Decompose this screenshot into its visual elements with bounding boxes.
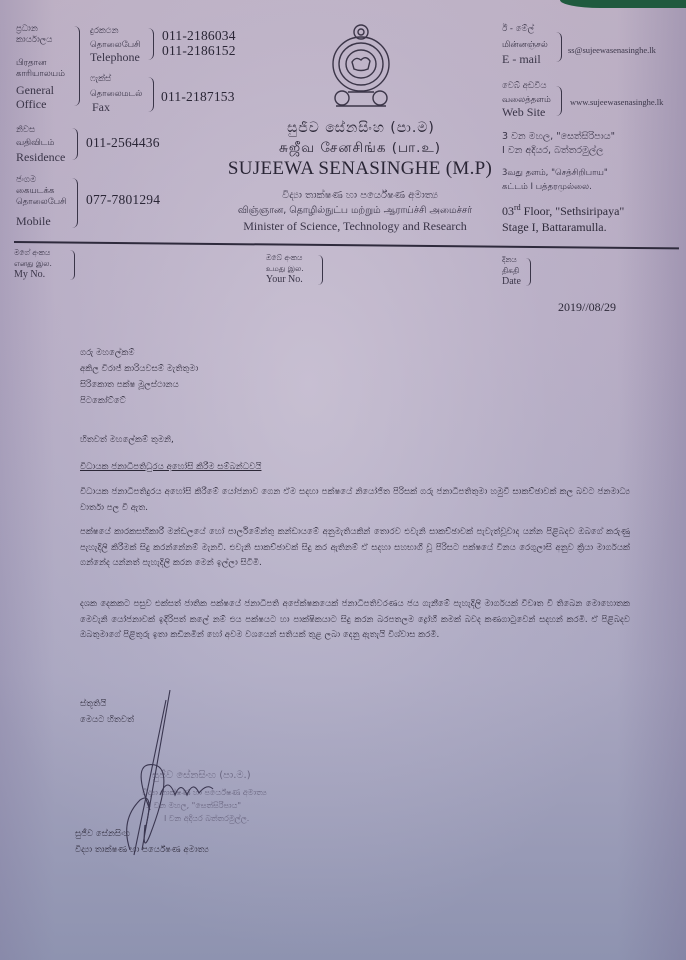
floor-suffix: rd [514, 203, 521, 212]
mobile-label-si: ජංගම [16, 175, 36, 186]
date-label-ta: திகதி [502, 266, 519, 276]
email-link[interactable]: ss@sujeewasenasinghe.lk [568, 45, 656, 55]
email-label-en: E - mail [502, 52, 541, 66]
your-no-label-si: ඔබේ අංකය [266, 253, 302, 263]
email-label-ta: மின்னஞ்சல் [502, 40, 548, 51]
title-si: විද්‍යා තාක්ෂණ හා පර්යේෂණ අමාත්‍ය [220, 190, 500, 201]
office-label-en: General Office [16, 83, 76, 111]
brace [526, 258, 531, 286]
telephone-label-si: දුරකථන [90, 26, 118, 37]
subject-line: විධායක ජනාධිපතිධුරය අහෝසි කිරීම සම්බන්ධව… [80, 460, 261, 476]
name-ta: சுஜீவ சேனசிங்க (பா.உ) [250, 140, 470, 158]
title-ta: விஞ்ஞான, தொழில்நுட்ப மற்றும் ஆராய்ச்சி அ… [205, 205, 505, 217]
paragraph-1: විධායක ජනාධිපතිදුරය අහෝසි කිරීමේ යෝජනාව … [80, 485, 630, 516]
sri-lanka-emblem-icon [318, 18, 404, 110]
telephone-number-1: 011-2186034 [162, 28, 236, 44]
date-label-si: දිනය [502, 255, 517, 265]
fax-number: 011-2187153 [161, 89, 235, 105]
my-no-label-si: මගේ අංකය [14, 248, 50, 258]
recipient-line-3: සිරිකොත පක්ෂ මූලස්ථානය [80, 378, 179, 394]
address-si-1: 3 වන මහල, "සෙත්සිරිපාය" [502, 131, 615, 142]
your-no-label-en: Your No. [266, 274, 303, 286]
brace [318, 255, 323, 285]
brace [556, 32, 562, 62]
residence-label-ta: வதிவிடம் [16, 138, 54, 149]
my-no-label-ta: எனது இல. [14, 259, 52, 269]
office-label-ta: பிரதான காரியாலயம் [16, 58, 76, 80]
floor-number: 03 [502, 204, 514, 218]
residence-label-en: Residence [16, 150, 65, 164]
title-en: Minister of Science, Technology and Rese… [210, 219, 500, 234]
paragraph-2: පක්ෂයේ කාරකසභිකාරී මන්ඩලයේ හෝ පාර්ලිමේන්… [80, 525, 630, 572]
office-label-si: ප්‍රධාන කාර්යාලය [16, 24, 76, 46]
website-link[interactable]: www.sujeewasenasinghe.lk [570, 97, 663, 107]
recipient-line-1: ගරු මහලේකම් [80, 346, 135, 362]
web-label-si: වෙබ් අඩවිය [502, 81, 546, 92]
background-edge [560, 0, 686, 8]
brace [74, 26, 80, 106]
telephone-label-en: Telephone [90, 50, 140, 64]
fax-label-en: Fax [92, 100, 110, 114]
email-label-si: ඊ - මේල් [502, 24, 534, 35]
residence-number: 011-2564436 [86, 135, 160, 151]
address-en-2: Stage I, Battaramulla. [502, 220, 607, 235]
paragraph-3: දශක දෙකකට පසුව එක්සත් ජාතික පක්ෂයේ ජනාධි… [80, 597, 630, 644]
address-si-2: I වන අදියර, බත්තරමුල්ල [502, 145, 603, 156]
brace [70, 250, 75, 280]
address-ta-2: கட்டம் I பத்தரமுல்லை. [502, 182, 592, 193]
name-en: SUJEEWA SENASINGHE (M.P) [220, 158, 500, 180]
recipient-line-4: පිටකෝට්ටේ [80, 394, 126, 410]
signatory-name: සුජීව සේනසිංහ [75, 827, 130, 843]
name-si: සුජීව සේනසිංහ (පා.ම) [266, 120, 456, 136]
mobile-label-ta: கையடக்க தொலைபேசி [16, 186, 74, 208]
brace [148, 28, 154, 60]
residence-label-si: නිවස [16, 125, 35, 136]
building-name: Floor, "Sethsiripaya" [521, 204, 625, 218]
brace [72, 178, 78, 228]
your-no-label-ta: உமது இல. [266, 264, 304, 274]
fax-label-si: ෆැක්ස් [90, 74, 111, 85]
fax-label-ta: தொலைமடல் [90, 89, 142, 100]
letter-date: 2019//08/29 [558, 300, 616, 315]
date-label-en: Date [502, 276, 521, 288]
brace [556, 86, 562, 116]
address-ta-1: 3வது தளம், "செத்சிறிபாய" [502, 168, 608, 179]
address-en-1: 03rd Floor, "Sethsiripaya" [502, 203, 624, 219]
salutation: හිතවත් මහලේකම් තුමනි, [80, 433, 174, 449]
mobile-label-en: Mobile [16, 214, 51, 228]
brace [148, 77, 154, 112]
letter-page: ප්‍රධාන කාර්යාලය பிரதான காரியாலயம் Gener… [0, 0, 686, 960]
my-no-label-en: My No. [14, 269, 45, 281]
brace [72, 128, 78, 160]
web-label-en: Web Site [502, 105, 545, 119]
telephone-number-2: 011-2186152 [162, 43, 236, 59]
signatory-title: විද්‍යා තාක්ෂණ හා පර්යේෂණ අමාත්‍ය [75, 843, 209, 859]
header-divider [14, 241, 679, 249]
recipient-line-2: අකිල විරාජ් කාරියවසම් මැතිතුමා [80, 362, 198, 378]
mobile-number: 077-7801294 [86, 192, 160, 208]
